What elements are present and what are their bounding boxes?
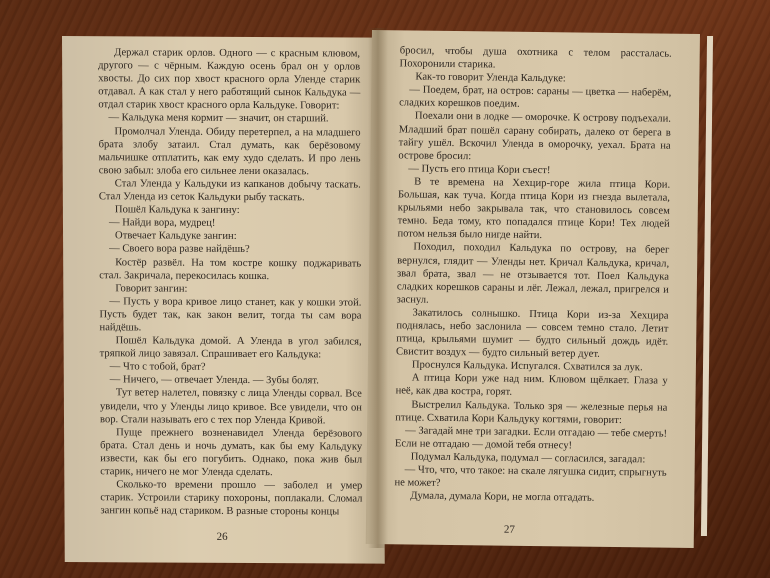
paragraph: — Найди вора, мудрец!: [99, 216, 361, 230]
paragraph: В те времена на Хехцир-горе жила птица К…: [397, 175, 670, 244]
paragraph: Держал старик орлов. Одного — с красным …: [98, 46, 360, 113]
page-number: 26: [217, 531, 228, 544]
paragraph: — Пусть у вора кривое лицо станет, как у…: [99, 295, 361, 336]
paragraph: — Поедем, брат, на остров: сараны — цвет…: [399, 84, 671, 114]
paragraph: Пуще прежнего возненавидел Уленда берёзо…: [100, 426, 362, 480]
left-page: Держал старик орлов. Одного — с красным …: [62, 36, 385, 564]
paragraph: Отвечает Кальдуке зангин:: [99, 230, 361, 244]
paragraph: — Загадай мне три загадки. Если отгадаю …: [395, 424, 667, 454]
page-number: 27: [504, 524, 515, 537]
paragraph: Пошёл Кальдука к зангину:: [99, 203, 361, 217]
paragraph: Стал Уленда у Кальдуки из капканов добыч…: [99, 177, 361, 205]
paragraph: А птица Кори уже над ним. Клювом щёлкает…: [396, 372, 668, 402]
paragraph: Походил, походил Кальдука по острову, на…: [397, 241, 670, 310]
paragraph: — Что с тобой, брат?: [100, 360, 362, 374]
paragraph: Пошёл Кальдука домой. А Уленда в угол за…: [100, 334, 362, 362]
paragraph: Закатилось солнышко. Птица Кори из-за Хе…: [396, 306, 669, 362]
paragraph: Поехали они в лодке — оморочке. К остров…: [398, 110, 671, 166]
paragraph: Тут ветер налетел, повязку с лица Уленды…: [100, 387, 362, 428]
right-page-text: бросил, чтобы душа охотника с телом расс…: [394, 44, 672, 506]
paragraph: — Своего вора разве найдёшь?: [99, 243, 361, 257]
paragraph: Выстрелил Кальдука. Только зря — железны…: [395, 398, 667, 428]
paragraph: Говорит зангин:: [99, 282, 361, 296]
book-spine-shadow: [368, 28, 388, 548]
right-page: бросил, чтобы душа охотника с телом расс…: [366, 30, 700, 548]
left-page-text: Держал старик орлов. Одного — с красным …: [98, 46, 362, 519]
paragraph: — Ничего, — отвечает Уленда. — Зубы боля…: [100, 374, 362, 388]
paragraph: Сколько-то времени прошло — заболел и ум…: [100, 478, 362, 519]
paragraph: Промолчал Уленда. Обиду перетерпел, а на…: [98, 125, 360, 179]
paragraph: Думала, думала Кори, не могла отгадать.: [394, 489, 666, 505]
paragraph: бросил, чтобы душа охотника с телом расс…: [400, 44, 672, 74]
paragraph: — Что, что, что такое: на скале лягушка …: [394, 463, 666, 493]
paragraph: — Кальдука меня кормит — значит, он стар…: [98, 112, 360, 126]
paragraph: Костёр развёл. На том костре кошку поджа…: [99, 256, 361, 284]
